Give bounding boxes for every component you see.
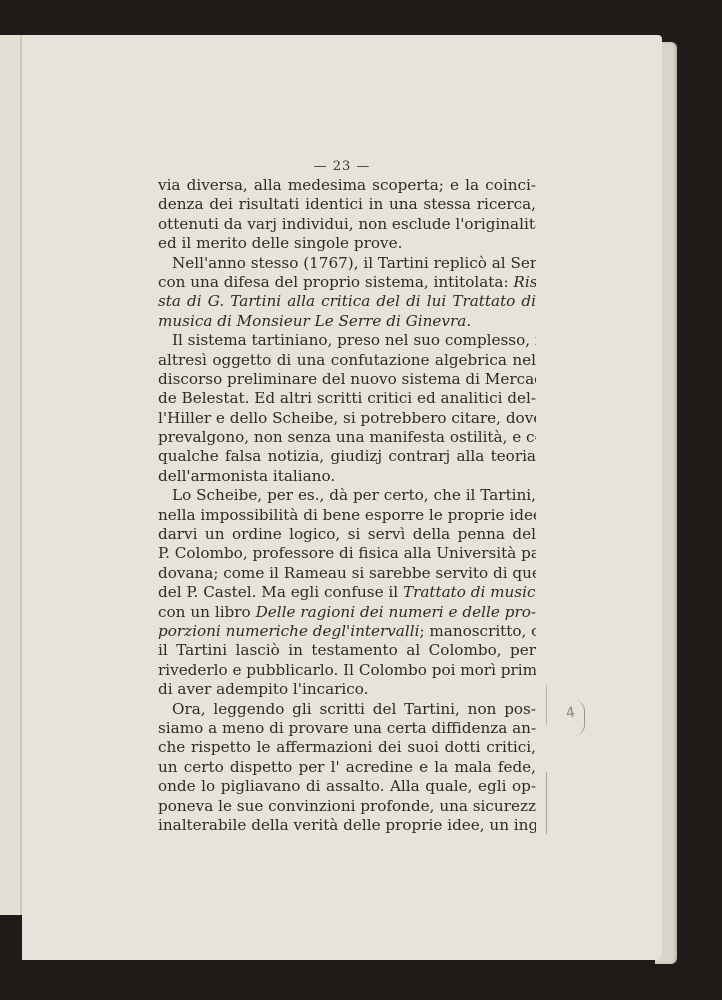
text-line: porzioni numeriche degl'intervalli; mano…: [158, 622, 536, 641]
text-line: musica di Monsieur Le Serre di Ginevra.: [158, 312, 536, 331]
text-line: che rispetto le affermazioni dei suoi do…: [158, 738, 536, 757]
text-line: denza dei risultati identici in una stes…: [158, 195, 536, 214]
page-number: — 23 —: [22, 159, 662, 174]
text-line: con una difesa del proprio sistema, inti…: [158, 273, 536, 292]
italic-title: musica di Monsieur Le Serre di Ginevra: [158, 312, 466, 330]
text-line: ed il merito delle singole prove.: [158, 234, 536, 253]
facing-page-edge: [0, 35, 22, 915]
italic-title: Delle ragioni dei numeri e delle pro-: [256, 603, 536, 621]
paragraph-start-line: Ora, leggendo gli scritti del Tartini, n…: [158, 700, 536, 719]
book-page: — 23 — via diversa, alla medesima scoper…: [22, 35, 662, 960]
text-line: dovana; come il Rameau si sarebbe servit…: [158, 564, 536, 583]
pencil-margin-line: [546, 772, 547, 834]
text-line: un certo dispetto per l' acredine e la m…: [158, 758, 536, 777]
text-line: darvi un ordine logico, si servì della p…: [158, 525, 536, 544]
italic-title: Rispo-: [513, 273, 536, 291]
text-line: qualche falsa notizia, giudizj contrarj …: [158, 447, 536, 466]
text-line: poneva le sue convinzioni profonde, una …: [158, 797, 536, 816]
text-line: rivederlo e pubblicarlo. Il Colombo poi …: [158, 661, 536, 680]
text-line: P. Colombo, professore di fisica alla Un…: [158, 544, 536, 563]
paragraph-start-line: Lo Scheibe, per es., dà per certo, che i…: [158, 486, 536, 505]
italic-title: porzioni numeriche degl'intervalli: [158, 622, 419, 640]
text-line: ottenuti da varj individui, non esclude …: [158, 215, 536, 234]
text-line: onde lo pigliavano di assalto. Alla qual…: [158, 777, 536, 796]
pencil-bracket-mark: [574, 700, 585, 736]
pencil-margin-line: [546, 685, 547, 725]
text-line: nella impossibilità di bene esporre le p…: [158, 506, 536, 525]
text-line: siamo a meno di provare una certa diffid…: [158, 719, 536, 738]
paragraph-start-line: Il sistema tartiniano, preso nel suo com…: [158, 331, 536, 350]
text-line: il Tartini lasciò in testamento al Colom…: [158, 641, 536, 660]
text-line: l'Hiller e dello Scheibe, si potrebbero …: [158, 409, 536, 428]
paragraph-start-line: Nell'anno stesso (1767), il Tartini repl…: [158, 254, 536, 273]
text-line: con un libro Delle ragioni dei numeri e …: [158, 603, 536, 622]
text-line: altresì oggetto di una confutazione alge…: [158, 351, 536, 370]
body-text: via diversa, alla medesima scoperta; e l…: [158, 176, 536, 835]
text-line: de Belestat. Ed altri scritti critici ed…: [158, 389, 536, 408]
text-line: prevalgono, non senza una manifesta osti…: [158, 428, 536, 447]
text-line: del P. Castel. Ma egli confuse il Tratta…: [158, 583, 536, 602]
text-line: dell'armonista italiano.: [158, 467, 536, 486]
text-line: discorso preliminare del nuovo sistema d…: [158, 370, 536, 389]
text-line: via diversa, alla medesima scoperta; e l…: [158, 176, 536, 195]
italic-title-line: sta di G. Tartini alla critica del di lu…: [158, 292, 536, 311]
text-line: di aver adempito l'incarico.: [158, 680, 536, 699]
italic-title: Trattato di musica: [403, 583, 536, 601]
text-line: inalterabile della verità delle proprie …: [158, 816, 536, 835]
